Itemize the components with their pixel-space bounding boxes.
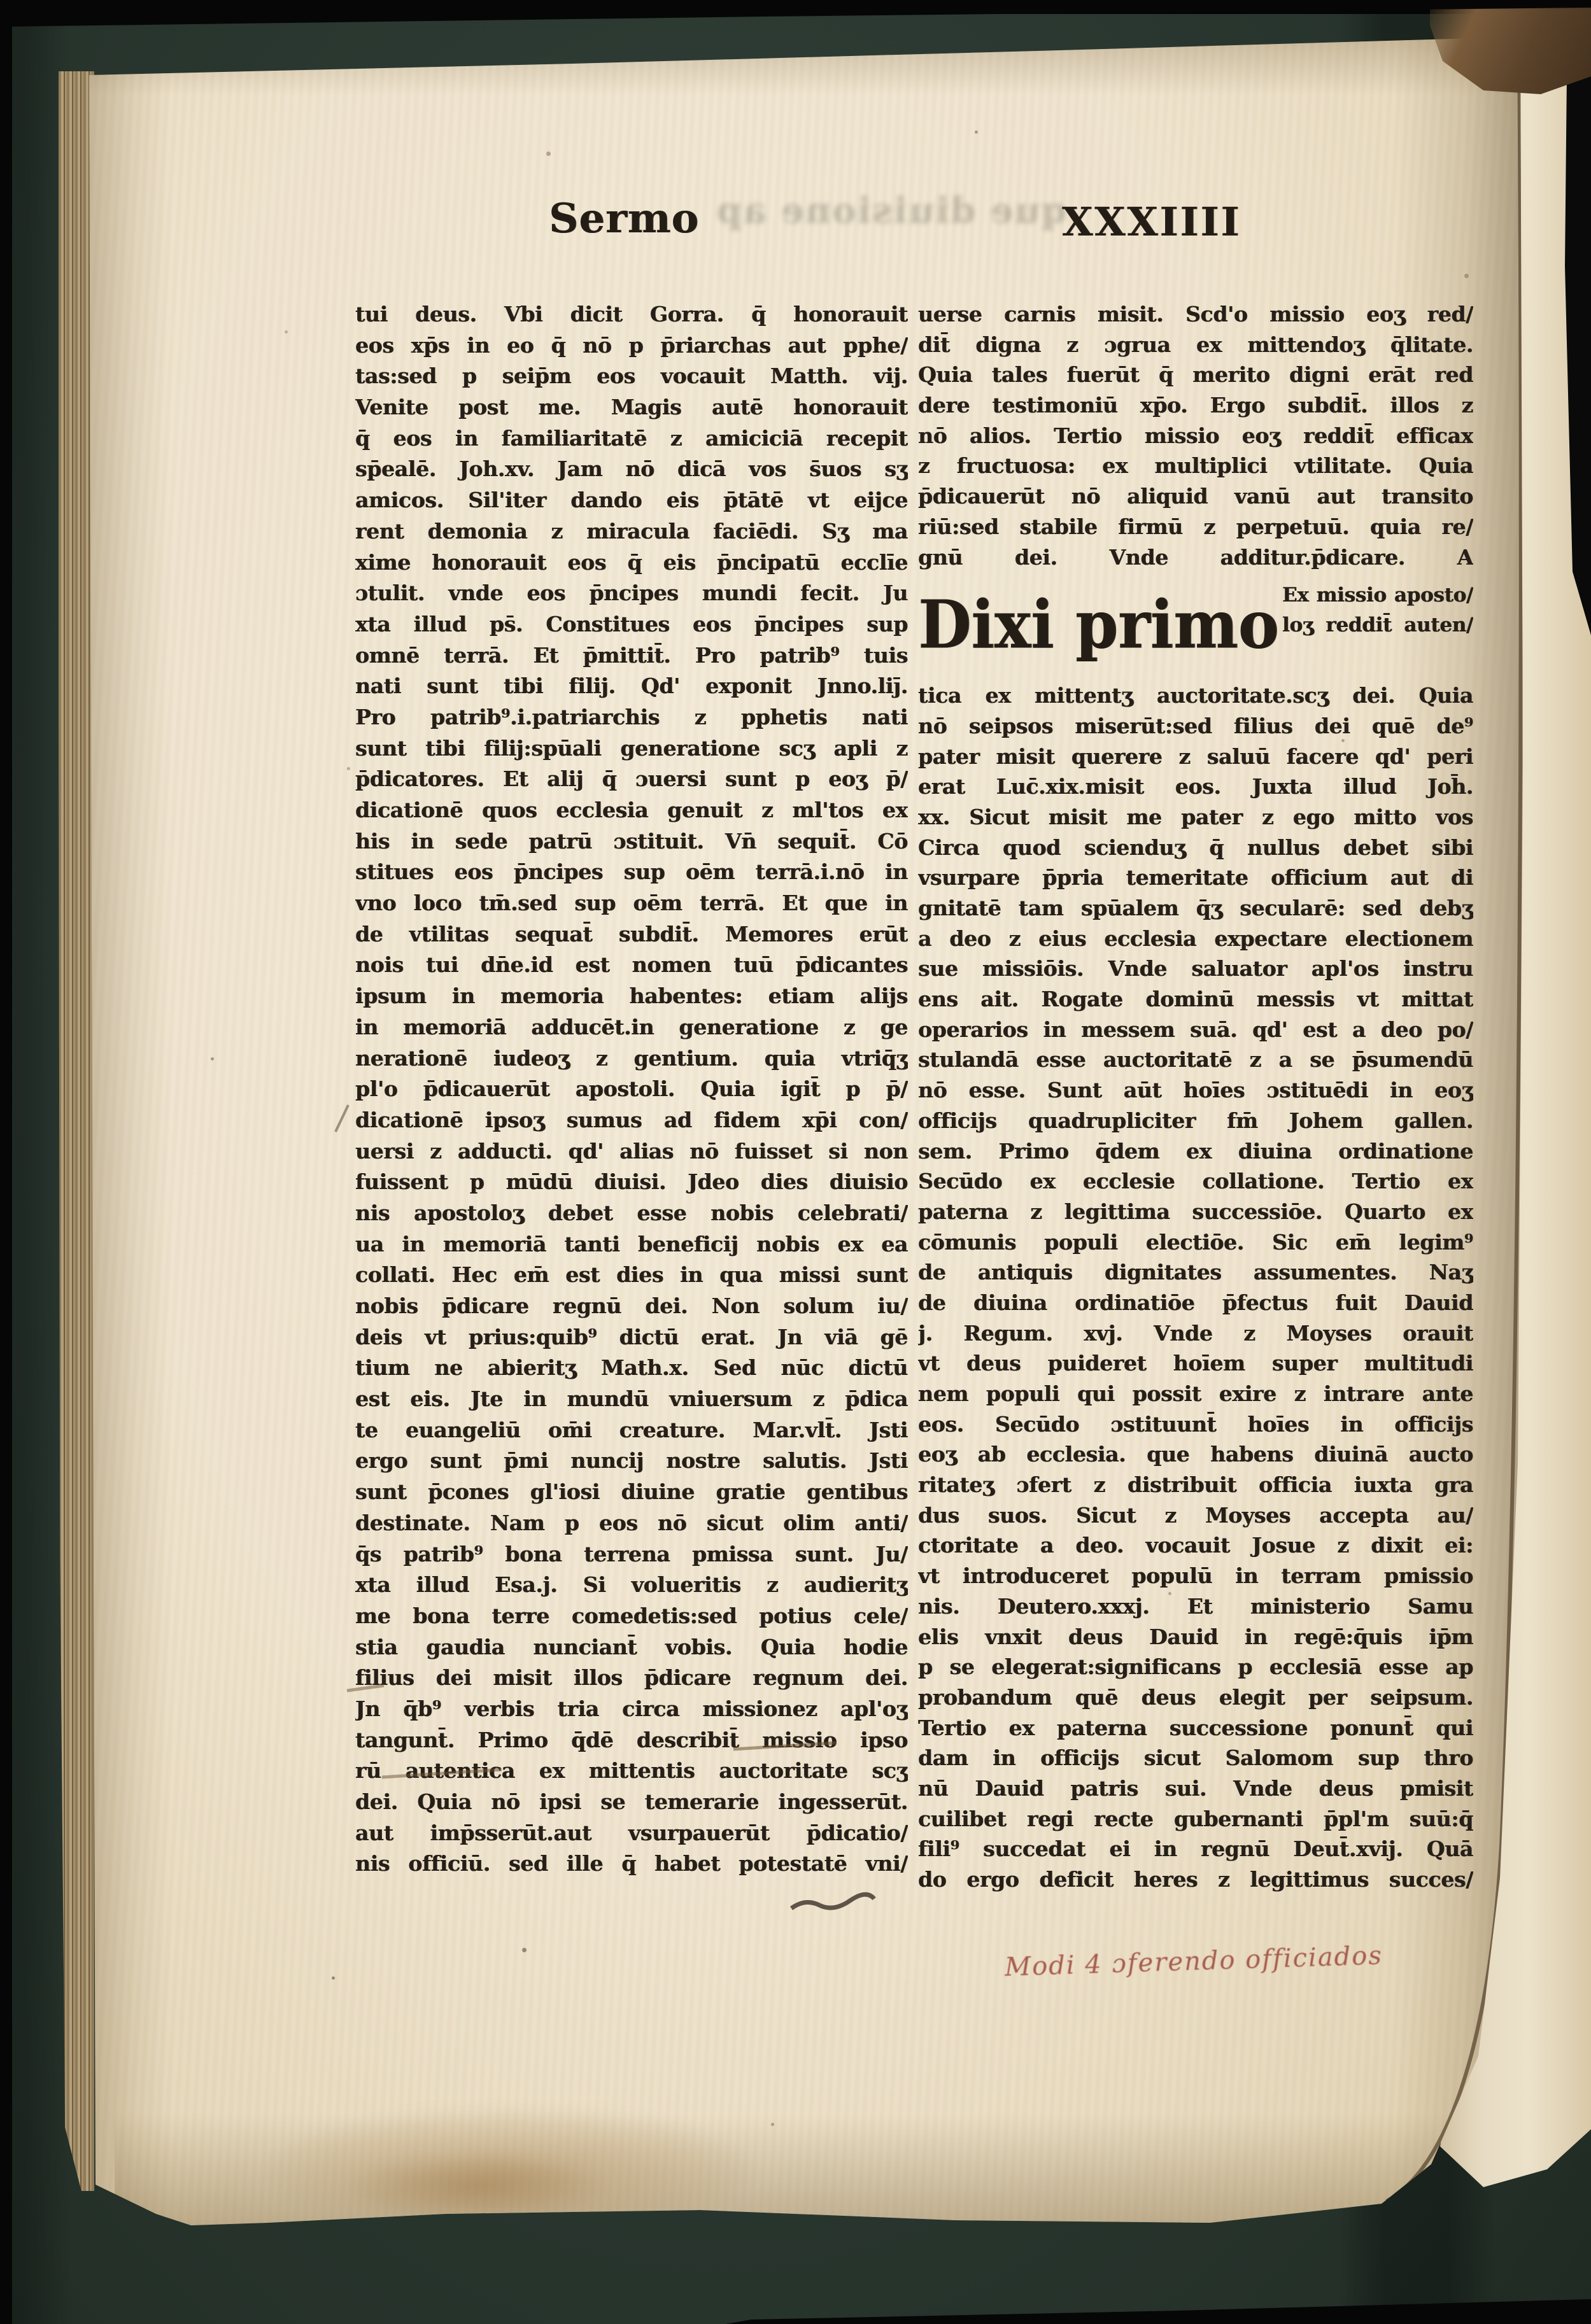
end-flourish [791,1894,874,1908]
ink-underline [382,1770,502,1777]
ink-underline [733,1743,837,1749]
book-page: que diuisione ap Sermo XXXIIII tui deus.… [0,0,1591,2324]
ink-marks-overlay [0,0,1591,2324]
screenshot-root: { "page": { "header": { "left": "Sermo",… [0,0,1591,2324]
frame-edge-left [0,0,12,2324]
fore-edge-leaf-stack [59,71,94,2191]
ink-underline [347,1686,384,1691]
margin-slash-mark [336,1105,348,1132]
